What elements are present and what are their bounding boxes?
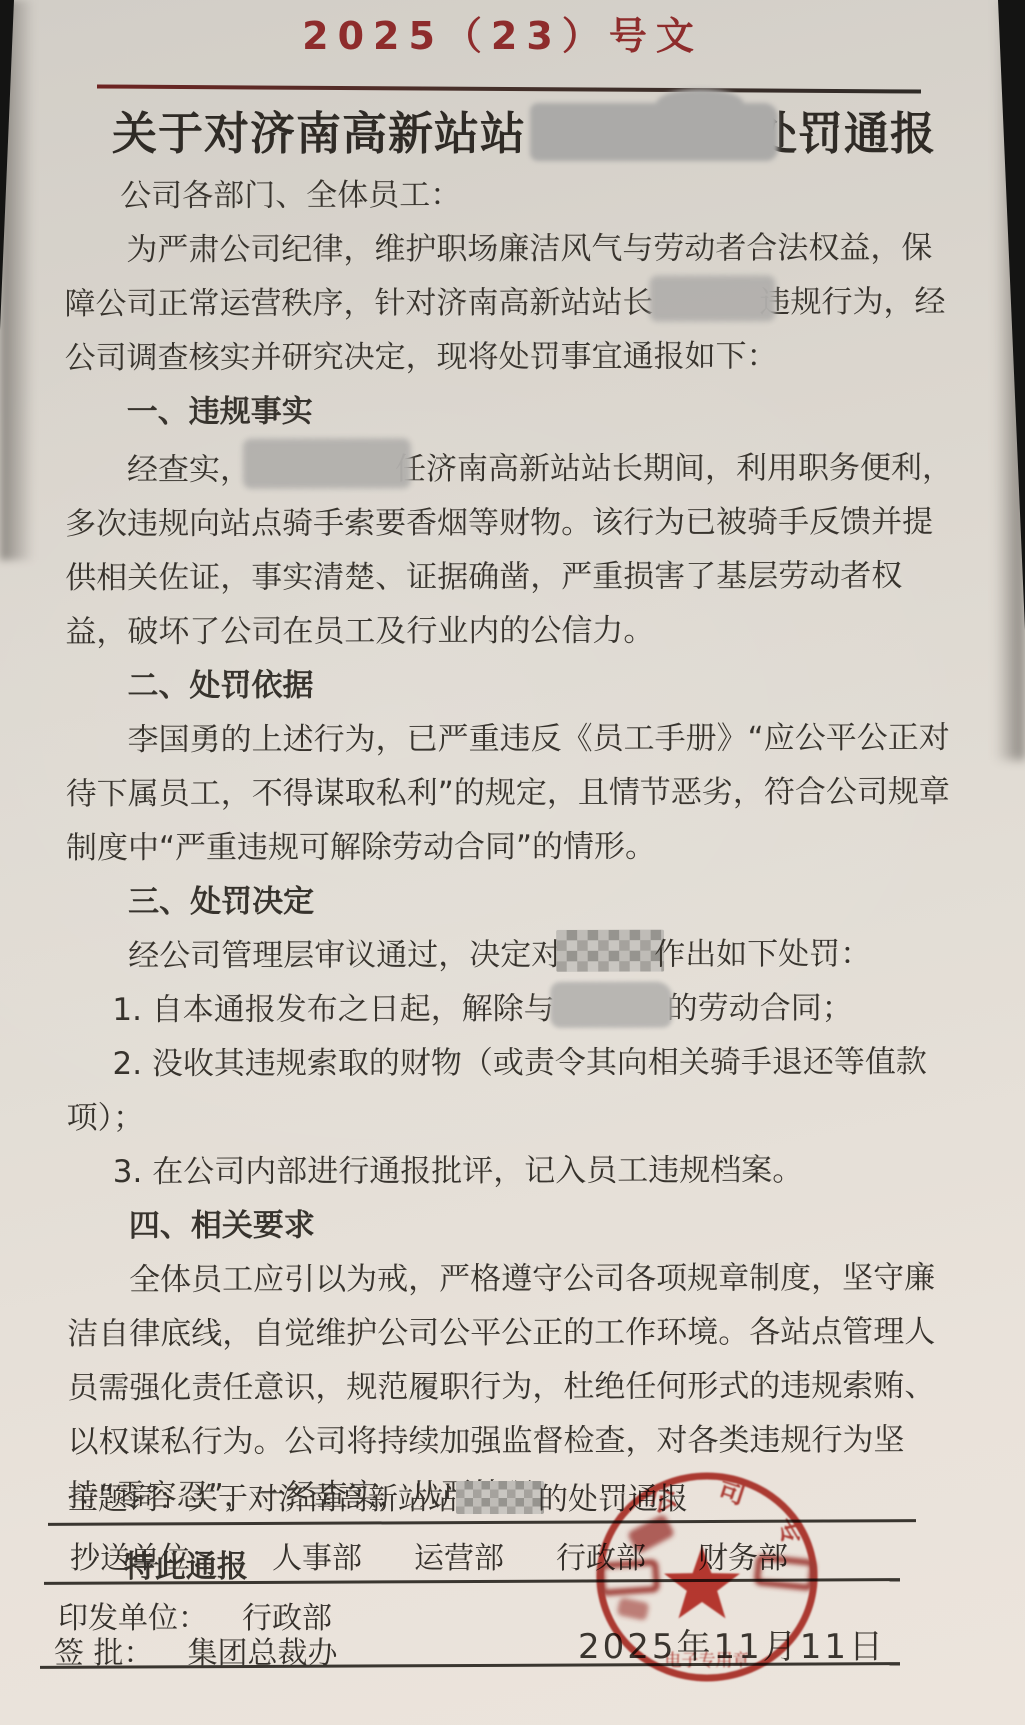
document-number: 2025（23）号文 <box>0 5 1005 60</box>
name-redaction-blur <box>551 982 673 1028</box>
salutation: 公司各部门、全体员工： <box>64 167 956 223</box>
seal-arc-text: 公 司 专 <box>645 1473 818 1563</box>
title-left: 关于对济南高新站站 <box>112 107 526 160</box>
dept-operations: 运营部 <box>414 1541 504 1576</box>
title-rule <box>97 84 921 93</box>
section3-body: 经公司管理层审议通过，决定对作出如下处罚： <box>66 927 958 983</box>
subject-label: 主题词： <box>68 1482 188 1517</box>
intro-paragraph: 为严肃公司纪律，维护职场廉洁风气与劳动者合法权益，保障公司正常运营秩序，针对济南… <box>64 221 956 385</box>
paper-edge-shadow-right <box>995 0 1025 760</box>
document-body: 公司各部门、全体员工： 为严肃公司纪律，维护职场廉洁风气与劳动者合法权益，保障公… <box>64 167 960 1594</box>
company-seal: 公 司 专 电子专用章 <box>590 1470 826 1696</box>
photo-of-document: 2025（23）号文 关于对济南高新站站处罚通报 公司各部门、全体员工： 为严肃… <box>0 0 1025 1725</box>
name-redaction-blur <box>243 438 411 488</box>
section1-body: 经查实，任济南高新站站长期间，利用职务便利，多次违规向站点骑手索要香烟等财物。该… <box>65 437 958 659</box>
penalty-item-3: 3. 在公司内部进行通报批评，记入员工违规档案。 <box>67 1143 959 1199</box>
seal-star <box>664 1546 740 1618</box>
paper-edge-shadow-left <box>0 0 34 560</box>
title-redaction-blur <box>530 103 778 161</box>
section2-body: 李国勇的上述行为，已严重违反《员工手册》“应公平公正对待下属员工，不得谋取私利”… <box>66 711 958 875</box>
name-redaction-blur <box>649 275 775 321</box>
dept-hr: 人事部 <box>272 1541 362 1576</box>
section1-heading: 一、违规事实 <box>65 383 957 439</box>
section3-heading: 三、处罚决定 <box>66 873 958 929</box>
penalty-item-2: 2. 没收其违规索取的财物（或责令其向相关骑手退还等值款项）； <box>66 1035 958 1145</box>
section4-heading: 四、相关要求 <box>67 1197 959 1253</box>
seal-bottom-text: 电子专用章 <box>665 1650 750 1671</box>
subject-redaction-mosaic <box>456 1481 544 1514</box>
section2-heading: 二、处罚依据 <box>65 657 957 713</box>
title-right: 处罚通报 <box>752 107 936 160</box>
paper-sheet: 2025（23）号文 关于对济南高新站站处罚通报 公司各部门、全体员工： 为严肃… <box>0 0 1025 1725</box>
document-title: 关于对济南高新站站处罚通报 <box>112 97 936 162</box>
copy-to-label: 抄送单位： <box>70 1541 220 1576</box>
penalty-item-1: 1. 自本通报发布之日起，解除与的劳动合同； <box>66 981 958 1037</box>
name-redaction-mosaic <box>556 930 664 972</box>
